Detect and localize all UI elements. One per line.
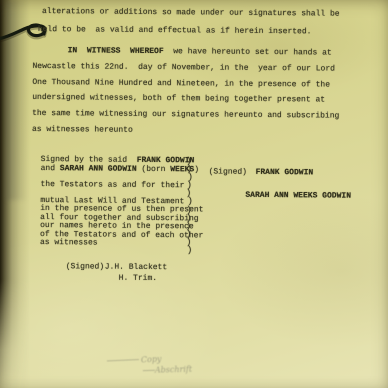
signed-label-testators: (Signed) [209, 168, 247, 177]
text-line: as witnesses hereunto [32, 122, 339, 140]
signature-witness-blackett: J.H. Blackett [105, 264, 167, 273]
text-line: held to be as valid and effectual as if … [38, 21, 340, 42]
pencil-annotation-2: Abschrift [155, 366, 192, 375]
signed-label-witnesses: (Signed) [66, 263, 104, 272]
brace-mark: ) [187, 246, 197, 254]
brace-mark: ) [186, 222, 196, 230]
typewritten-text-layer: alterations or additions so made under o… [0, 0, 388, 388]
pencil-annotation-1: Copy [141, 356, 162, 365]
paragraph-witness-clause: IN WITNESS WHEREOF we have hereunto set … [32, 43, 340, 140]
brace-column: )))))))))))) [186, 157, 197, 254]
paragraph-alterations: alterations or additions so made under o… [38, 3, 340, 42]
signature-frank-godwin: FRANK GODWIN [256, 169, 314, 178]
brace-mark: ) [187, 198, 197, 206]
pencil-scribble [107, 359, 139, 361]
text-line: and SARAH ANN GODWIN (born WEEKS) [41, 165, 204, 175]
brace-mark: ) [186, 157, 196, 165]
text-line: as witnesses [40, 239, 203, 249]
signature-witness-trim: H. Trim. [119, 275, 157, 284]
attestation-clause: Signed by the said FRANK GODWINand SARAH… [40, 156, 204, 249]
signature-sarah-ann-weeks-godwin: SARAH ANN WEEKS GODWIN [245, 192, 351, 201]
scanned-will-page: alterations or additions so made under o… [0, 0, 388, 388]
text-line: the Testators as and for their [40, 181, 203, 191]
brace-mark: ) [188, 173, 198, 181]
pencil-scribble [143, 370, 155, 371]
